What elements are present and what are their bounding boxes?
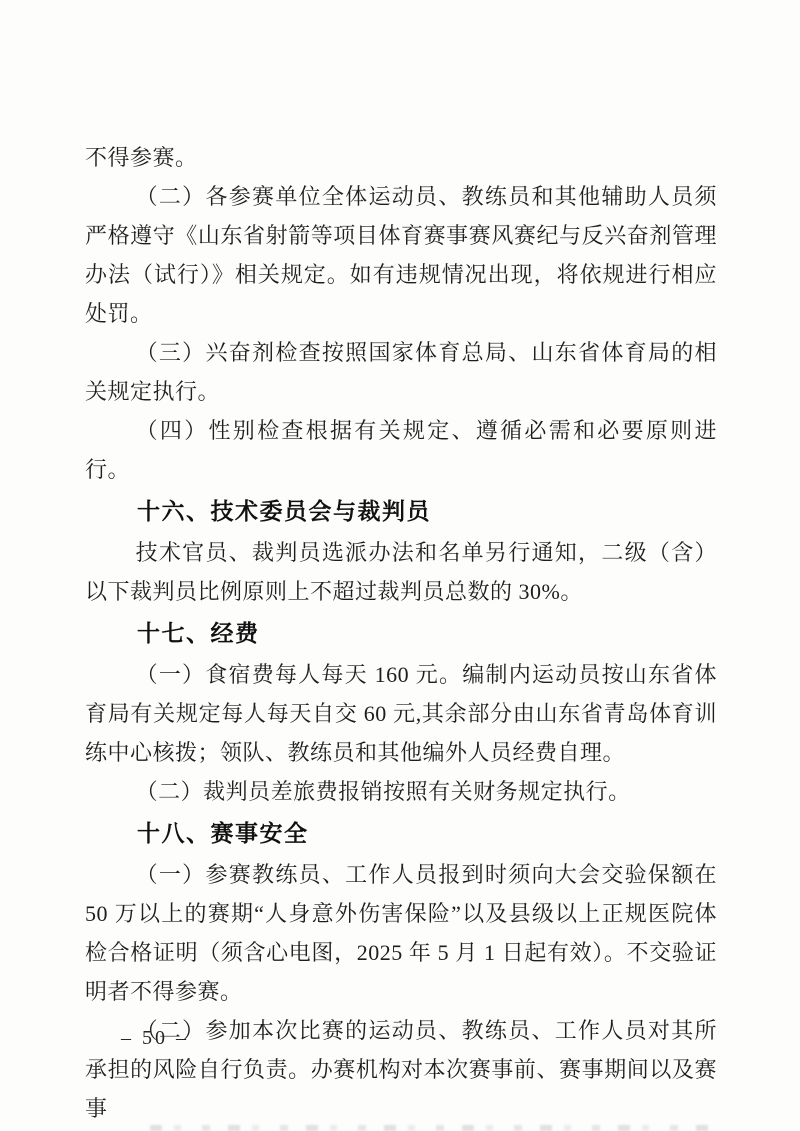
paragraph-officials-selection: 技术官员、裁判员选派办法和名单另行通知，二级（含）以下裁判员比例原则上不超过裁判…	[85, 533, 717, 611]
heading-section-18-event-safety: 十八、赛事安全	[85, 814, 717, 853]
page-number: – 50 –	[121, 1025, 189, 1051]
paragraph-clause-4-gender-check: （四）性别检查根据有关规定、遵循必需和必要原则进行。	[85, 411, 717, 489]
paragraph-safety-insurance: （一）参赛教练员、工作人员报到时须向大会交验保额在 50 万以上的赛期“人身意外…	[85, 855, 717, 1011]
paragraph-clause-2-discipline: （二）各参赛单位全体运动员、教练员和其他辅助人员须严格遵守《山东省射箭等项目体育…	[85, 177, 717, 333]
paragraph-funding-referee-travel: （二）裁判员差旅费报销按照有关财务规定执行。	[85, 772, 717, 811]
heading-section-16-technical-committee: 十六、技术委员会与裁判员	[85, 492, 717, 531]
paragraph-funding-board-fees: （一）食宿费每人每天 160 元。编制内运动员按山东省体育局有关规定每人每天自交…	[85, 655, 717, 772]
document-body: 不得参赛。 （二）各参赛单位全体运动员、教练员和其他辅助人员须严格遵守《山东省射…	[85, 138, 717, 1128]
heading-section-17-funding: 十七、经费	[85, 614, 717, 653]
document-page: 不得参赛。 （二）各参赛单位全体运动员、教练员和其他辅助人员须严格遵守《山东省射…	[0, 0, 800, 1131]
paragraph-clause-3-doping-check: （三）兴奋剂检查按照国家体育总局、山东省体育局的相关规定执行。	[85, 333, 717, 411]
scan-cutoff-text-artifact	[150, 1125, 710, 1131]
paragraph-continuation: 不得参赛。	[85, 138, 717, 177]
